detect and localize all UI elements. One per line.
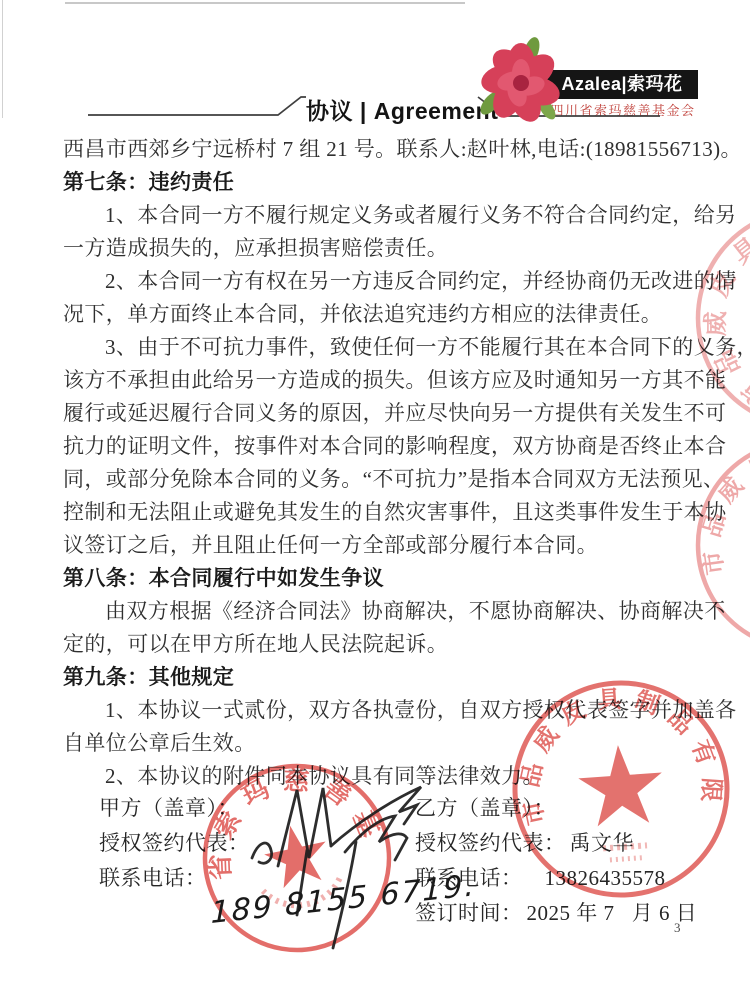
party-a-phone-label: 联系电话： [99,861,250,896]
body-line: 1、本合同一方不履行规定义务或者履行义务不符合合同约定，给另 [63,199,703,232]
body-line: 2、本合同一方有权在另一方违反合同约定，并经协商仍无改进的情 [63,265,703,298]
party-b-phone-number: 13826435578 [545,866,666,890]
body-line: 控制和无法阻止或避免其发生的自然灾害事件，且这类事件发生于本协 [63,496,703,529]
body-line: 议签订之后，并且阻止任何一方全部或部分履行本合同。 [63,529,703,562]
page-number: 3 [674,920,681,936]
body-line: 定的，可以在甲方所在地人民法院起诉。 [63,628,703,661]
clause-heading: 第九条：其他规定 [63,661,703,694]
clause-heading: 第七条：违约责任 [63,166,703,199]
party-a-signature-block: 甲方（盖章）： 授权签约代表： 联系电话： [99,791,250,896]
body-line: 一方造成损失的，应承担损害赔偿责任。 [63,232,703,265]
body-line: 况下，单方面终止本合同，并依法追究违约方相应的法律责任。 [63,298,703,331]
page-title: 协议 | Agreement [306,93,498,126]
scan-artifact-left [2,0,3,118]
body-line: 1、本协议一式贰份，双方各执壹份，自双方授权代表签字并加盖各 [63,694,703,727]
party-b-rep-name: 禹文华 [570,831,635,855]
scanned-agreement-page: 协议 | Agreement Azalea|索玛花 四川省索玛慈善基金会 西昌市… [0,0,750,1000]
body-line: 由双方根据《经济合同法》协商解决，不愿协商解决、协商解决不 [63,595,703,628]
body-line: 3、由于不可抗力事件，致使任何一方不能履行其在本合同下的义务， [63,331,703,364]
party-a-rep-label: 授权签约代表： [99,826,250,861]
party-a-stamp-label: 甲方（盖章）： [99,791,250,826]
body-line: 2、本协议的附件同本协议具有同等法律效力。 [63,760,703,793]
signing-date-value: 2025 年 7 月 6 日 [527,901,698,925]
clause-heading: 第八条：本合同履行中如发生争议 [63,562,703,595]
body-line: 履行或延迟履行合同义务的原因，并应尽快向另一方提供有关发生不可 [63,397,703,430]
party-b-rep-label: 授权签约代表： [415,831,566,855]
body-line: 自单位公章后生效。 [63,727,703,760]
body-line: 抗力的证明文件，按事件对本合同的影响程度，双方协商是否终止本合 [63,430,703,463]
contract-body: 西昌市西郊乡宁远桥村 7 组 21 号。联系人:赵叶林,电话:(18981556… [63,133,703,793]
logo-wordmark: Azalea|索玛花 [546,70,698,99]
body-line: 该方不承担由此给另一方造成的损失。但该方应及时通知另一方其不能 [63,364,703,397]
party-b-signature-block: 乙方（盖章）： 授权签约代表：禹文华 联系电话：13826435578 签订时间… [415,791,697,931]
logo-org-name: 四川省索玛慈善基金会 [543,100,703,119]
body-line: 西昌市西郊乡宁远桥村 7 组 21 号。联系人:赵叶林,电话:(18981556… [63,133,703,166]
scan-artifact-top [65,2,465,4]
body-line: 同，或部分免除本合同的义务。“不可抗力”是指本合同双方无法预见、 [63,463,703,496]
party-b-stamp-label: 乙方（盖章）： [415,791,697,826]
